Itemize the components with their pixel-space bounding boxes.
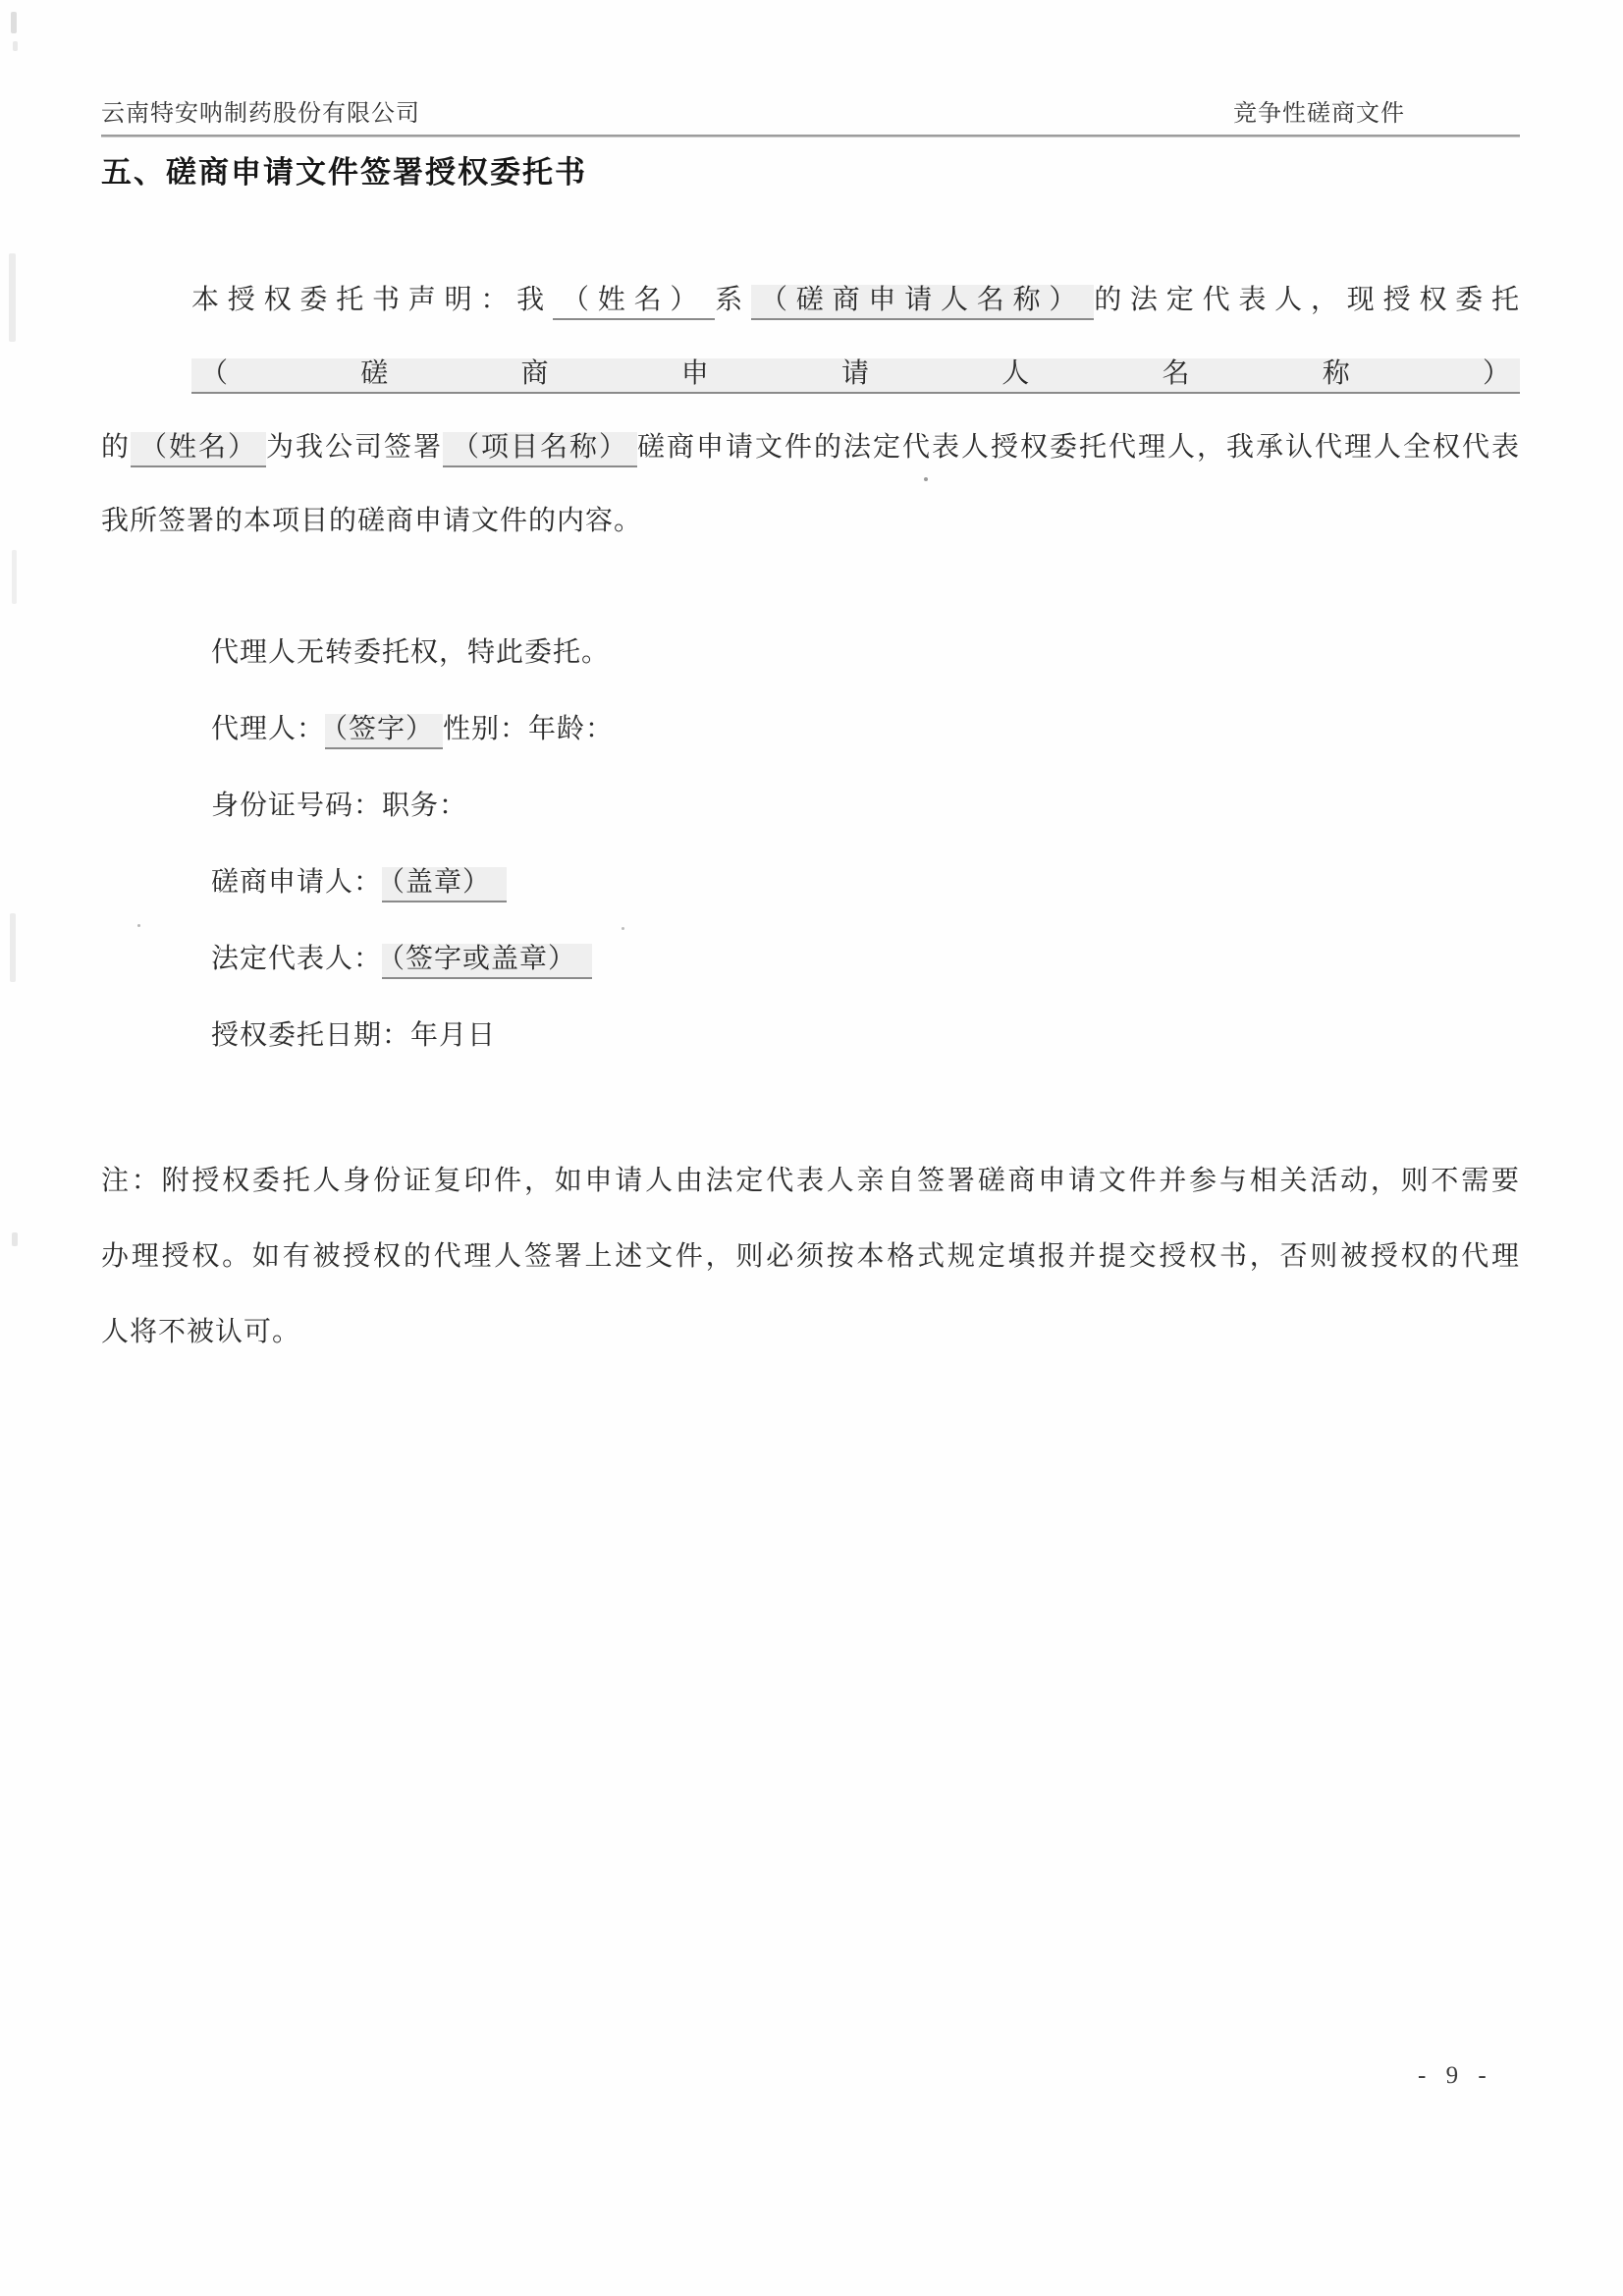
- agent-gender-age-label: 性别：年龄：: [443, 714, 614, 744]
- project-name-blank-field: （项目名称）: [443, 432, 637, 467]
- legal-rep-label: 法定代表人：: [211, 944, 382, 974]
- note-paragraph: 注：附授权委托人身份证复印件，如申请人由法定代表人亲自签署磋商申请文件并参与相关…: [101, 1143, 1520, 1370]
- legal-rep-signature-field: （签字或盖章）: [382, 944, 592, 979]
- applicant-name-blank-field: （磋商申请人名称）: [191, 358, 1520, 394]
- applicant-seal-field: （盖章）: [382, 867, 507, 902]
- scan-streak: [13, 41, 18, 51]
- header-divider: [101, 135, 1520, 137]
- applicant-label: 磋商申请人：: [211, 867, 382, 898]
- declaration-line-3: 我所签署的本项目的磋商申请文件的内容。: [101, 484, 1520, 558]
- header-doc-type: 竞争性磋商文件: [1233, 99, 1405, 129]
- section-title: 五、磋商申请文件签署授权委托书: [101, 151, 1520, 194]
- signature-block: 代理人无转委托权，特此委托。 代理人：（签字）性别：年龄： 身份证号码：职务： …: [101, 615, 1520, 1074]
- scan-speck: [137, 924, 140, 927]
- date-line: 授权委托日期：年月日: [101, 998, 1520, 1074]
- decl-text: 为我公司签署: [266, 432, 443, 463]
- document-page: 云南特安呐制药股份有限公司 竞争性磋商文件 五、磋商申请文件签署授权委托书 本授…: [0, 0, 1623, 2296]
- name-blank-field: （姓名）: [131, 432, 266, 467]
- scan-streak: [10, 913, 16, 982]
- commitment-line: 代理人无转委托权，特此委托。: [101, 615, 1520, 691]
- position-label: 职务：: [382, 791, 467, 821]
- note-line-2: 办理授权。如有被授权的代理人签署上述文件，则必须按本格式规定填报并提交授权书，否…: [101, 1219, 1520, 1294]
- decl-text: 磋商申请文件的法定代表人授权委托代理人，我承认代理人全权代表: [637, 432, 1520, 463]
- agent-line: 代理人：（签字）性别：年龄：: [101, 691, 1520, 768]
- note-line-1: 注：附授权委托人身份证复印件，如申请人由法定代表人亲自签署磋商申请文件并参与相关…: [101, 1143, 1520, 1219]
- id-number-label: 身份证号码：: [211, 791, 382, 821]
- name-blank-field: （姓名）: [553, 285, 715, 320]
- scan-streak: [12, 550, 17, 604]
- declaration-line-1: 本授权委托书声明：我（姓名）系（磋商申请人名称）的法定代表人，现授权委托（磋商申…: [101, 263, 1520, 410]
- agent-label: 代理人：: [211, 714, 325, 744]
- date-value-placeholder: 年月日: [410, 1020, 496, 1051]
- page-header: 云南特安呐制药股份有限公司 竞争性磋商文件: [101, 0, 1520, 129]
- agent-signature-field: （签字）: [325, 714, 443, 749]
- decl-text: 本授权委托书声明：我: [191, 285, 553, 315]
- declaration-line-2: 的（姓名）为我公司签署（项目名称）磋商申请文件的法定代表人授权委托代理人，我承认…: [101, 410, 1520, 484]
- page-number: - 9 -: [1418, 2062, 1493, 2090]
- decl-text: 系: [715, 285, 751, 315]
- scan-streak: [9, 253, 16, 342]
- decl-text: 的: [101, 432, 131, 463]
- scan-speck: [622, 927, 624, 930]
- applicant-name-blank-field: （磋商申请人名称）: [751, 285, 1094, 320]
- decl-text: 的法定代表人，现授权委托: [1094, 285, 1520, 315]
- applicant-line: 磋商申请人：（盖章）: [101, 845, 1520, 921]
- declaration-paragraph: 本授权委托书声明：我（姓名）系（磋商申请人名称）的法定代表人，现授权委托（磋商申…: [101, 263, 1520, 558]
- scan-streak: [12, 1232, 18, 1246]
- scan-speck: [924, 477, 928, 481]
- id-number-line: 身份证号码：职务：: [101, 768, 1520, 845]
- scan-streak: [11, 12, 17, 33]
- date-label: 授权委托日期：: [211, 1020, 410, 1051]
- header-company-name: 云南特安呐制药股份有限公司: [101, 99, 420, 129]
- legal-rep-line: 法定代表人：（签字或盖章）: [101, 921, 1520, 998]
- note-line-3: 人将不被认可。: [101, 1294, 1520, 1370]
